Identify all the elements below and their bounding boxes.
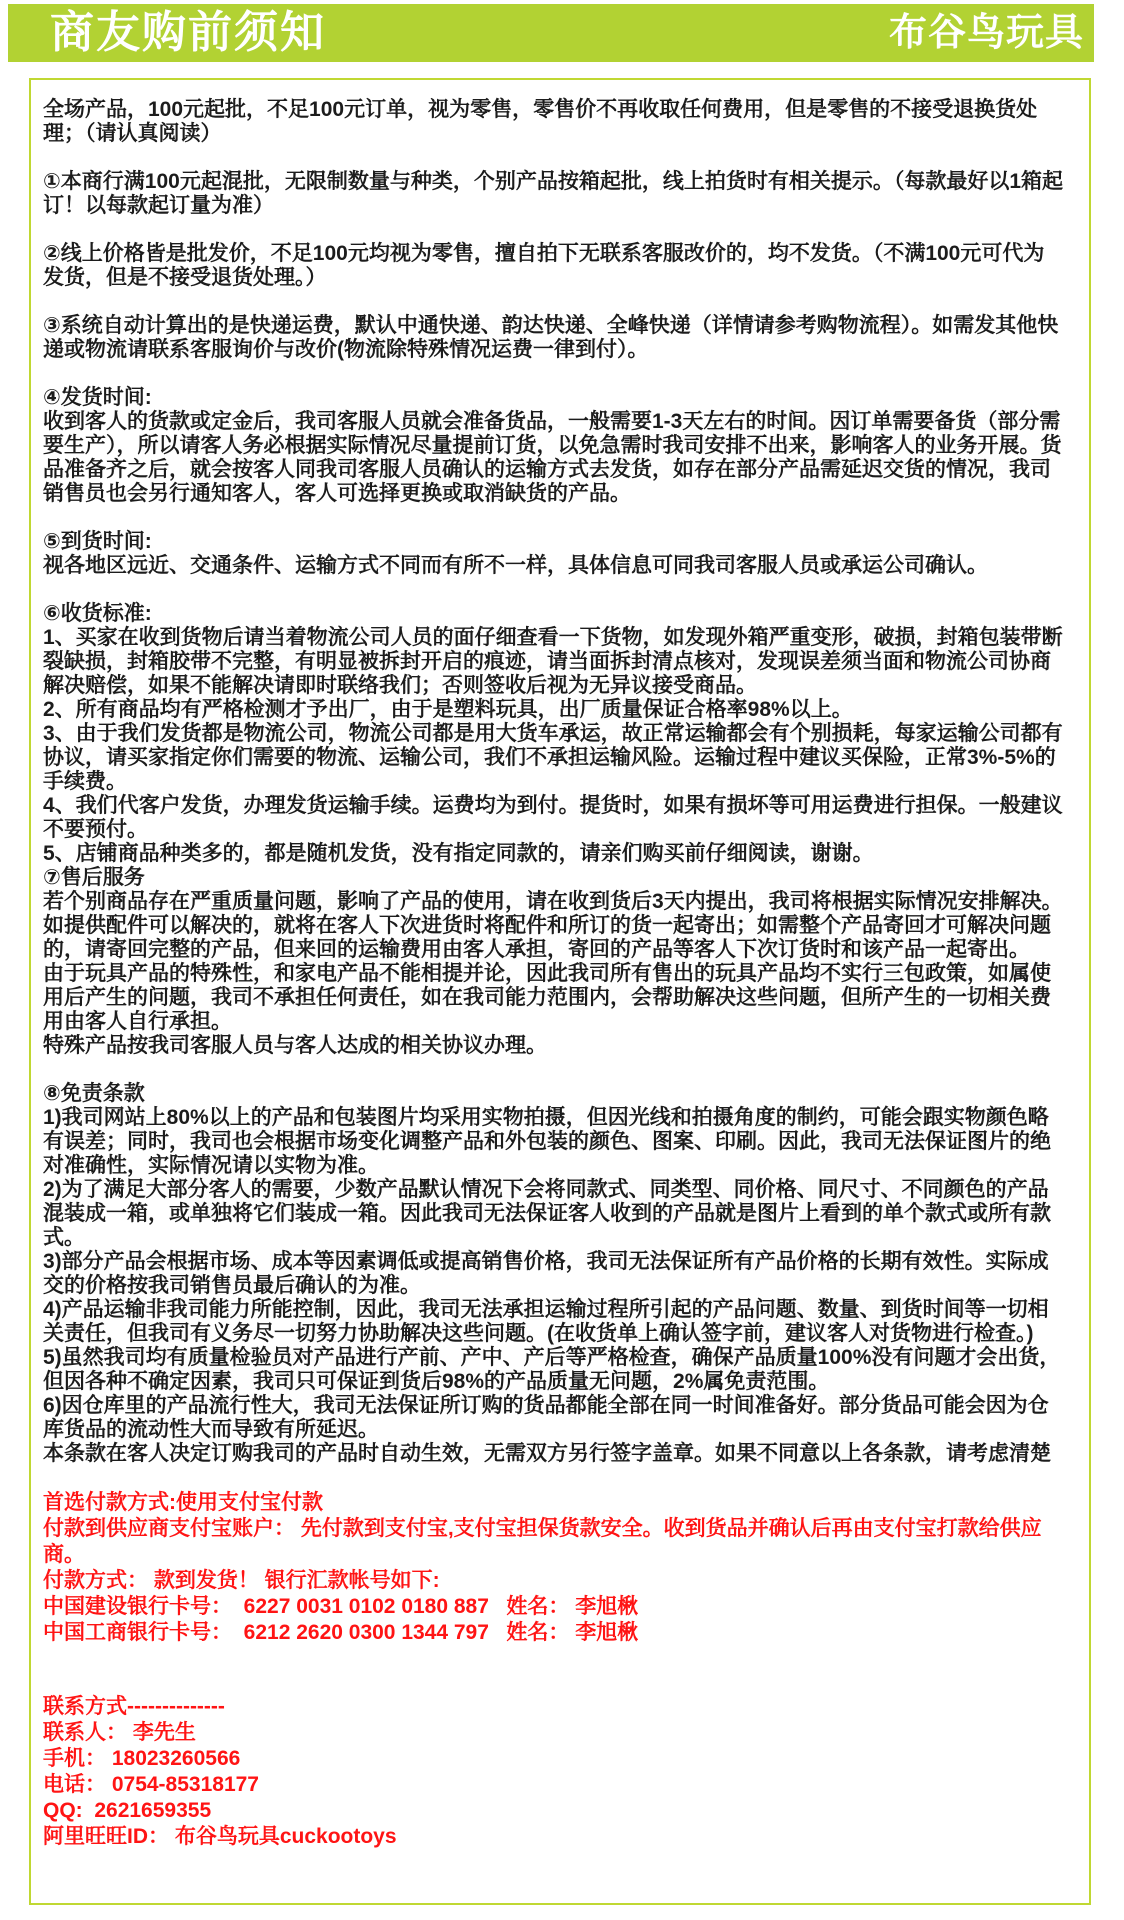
clause-8-disclaimer: ⑧免责条款 1)我司网站上80%以上的产品和包装图片均采用实物拍摄，但因光线和拍… — [43, 1082, 1065, 1466]
clause-7-after-sales: ⑦售后服务 若个别商品存在严重质量问题，影响了产品的使用，请在收到货后3天内提出… — [43, 866, 1065, 1058]
clause-4-shipping-time: ④发货时间: 收到客人的货款或定金后，我司客服人员就会准备货品，一般需要1-3天… — [43, 386, 1065, 506]
clause-3: ③系统自动计算出的是快递运费，默认中通快递、韵达快递、全峰快递（详情请参考购物流… — [43, 314, 1065, 362]
intro-paragraph: 全场产品，100元起批，不足100元订单，视为零售，零售价不再收取任何费用，但是… — [43, 98, 1065, 146]
clause-1: ①本商行满100元起混批，无限制数量与种类，个别产品按箱起批，线上拍货时有相关提… — [43, 170, 1065, 218]
clause-6-receiving-standard: ⑥收货标准: 1、买家在收到货物后请当着物流公司人员的面仔细查看一下货物，如发现… — [43, 602, 1065, 866]
contact-info: 联系方式-------------- 联系人： 李先生 手机： 18023260… — [43, 1694, 1065, 1850]
notice-paragraphs: 全场产品，100元起批，不足100元订单，视为零售，零售价不再收取任何费用，但是… — [43, 98, 1065, 1850]
header-bar: 商友购前须知 布谷鸟玩具 — [8, 4, 1094, 62]
payment-info: 首选付款方式:使用支付宝付款 付款到供应商支付宝账户： 先付款到支付宝,支付宝担… — [43, 1490, 1065, 1646]
notice-box: 全场产品，100元起批，不足100元订单，视为零售，零售价不再收取任何费用，但是… — [29, 78, 1091, 1905]
purchase-notice-page: 商友购前须知 布谷鸟玩具 全场产品，100元起批，不足100元订单，视为零售，零… — [0, 0, 1124, 1920]
page-title: 商友购前须知 — [8, 4, 326, 62]
clause-2: ②线上价格皆是批发价，不足100元均视为零售，擅自拍下无联系客服改价的，均不发货… — [43, 242, 1065, 290]
clause-5-arrival-time: ⑤到货时间: 视各地区远近、交通条件、运输方式不同而有所不一样，具体信息可同我司… — [43, 530, 1065, 578]
brand-name: 布谷鸟玩具 — [889, 4, 1094, 62]
